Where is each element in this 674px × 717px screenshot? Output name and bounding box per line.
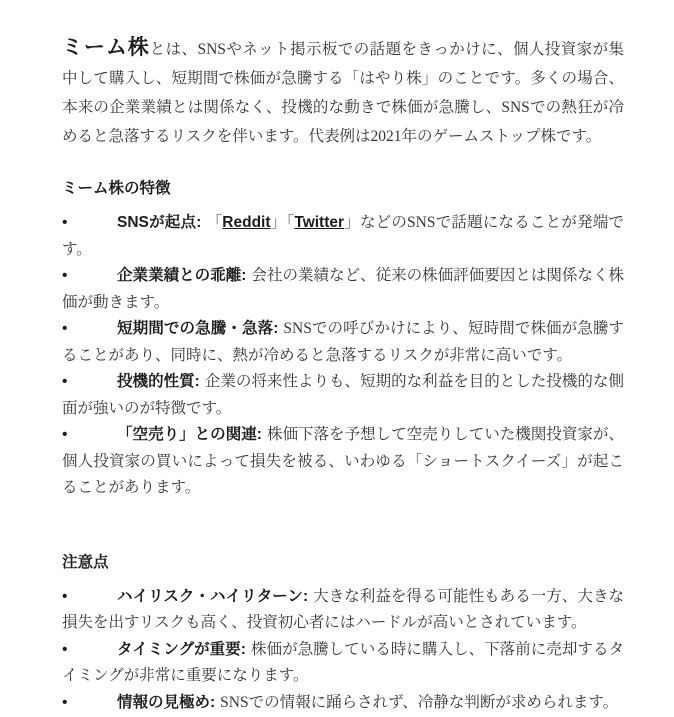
bullet-text: 」「 [271, 214, 295, 231]
bullet-icon: • [62, 637, 117, 664]
bullet-label: 「空売り」との関連: [117, 426, 262, 443]
list-item: •タイミングが重要:株価が急騰している時に購入し、下落前に売却するタイミングが非… [62, 637, 624, 690]
section-heading-features: ミーム株の特徴 [62, 178, 624, 200]
features-list: •SNSが起点:「Reddit」「Twitter」などのSNSで話題になることが… [62, 210, 624, 502]
bullet-text: 「 [206, 214, 222, 231]
bullet-icon: • [62, 316, 117, 343]
bullet-label: タイミングが重要: [117, 641, 246, 658]
list-item: •ハイリスク・ハイリターン:大きな利益を得る可能性もある一方、大きな損失を出すリ… [62, 584, 624, 637]
bullet-label: 企業業績との乖離: [117, 267, 246, 284]
reddit-link[interactable]: Reddit [222, 214, 270, 231]
bullet-label: SNSが起点: [117, 214, 201, 231]
list-item: •企業業績との乖離:会社の業績など、従来の株価評価要因とは関係なく株価が動きます… [62, 263, 624, 316]
bullet-icon: • [62, 690, 117, 717]
bullet-text: SNSでの情報に踊らされず、冷静な判断が求められます。 [220, 694, 618, 711]
twitter-link[interactable]: Twitter [294, 214, 344, 231]
bullet-icon: • [62, 369, 117, 396]
list-item: •SNSが起点:「Reddit」「Twitter」などのSNSで話題になることが… [62, 210, 624, 263]
list-item: •短期間での急騰・急落:SNSでの呼びかけにより、短時間で株価が急騰することがあ… [62, 316, 624, 369]
document-page: ミーム株とは、SNSやネット掲示板での話題をきっかけに、個人投資家が集中して購入… [0, 0, 674, 717]
cautions-list: •ハイリスク・ハイリターン:大きな利益を得る可能性もある一方、大きな損失を出すリ… [62, 584, 624, 717]
list-item: •「空売り」との関連:株価下落を予想して空売りしていた機関投資家が、個人投資家の… [62, 422, 624, 502]
bullet-label: 投機的性質: [117, 373, 200, 390]
document-title: ミーム株 [62, 36, 150, 59]
list-item: •情報の見極め:SNSでの情報に踊らされず、冷静な判断が求められます。 [62, 690, 624, 717]
bullet-label: 短期間での急騰・急落: [117, 320, 278, 337]
bullet-icon: • [62, 210, 117, 237]
bullet-label: ハイリスク・ハイリターン: [117, 588, 308, 605]
bullet-icon: • [62, 584, 117, 611]
list-item: •投機的性質:企業の将来性よりも、短期的な利益を目的とした投機的な側面が強いのが… [62, 369, 624, 422]
bullet-icon: • [62, 263, 117, 290]
bullet-icon: • [62, 422, 117, 449]
intro-paragraph: ミーム株とは、SNSやネット掲示板での話題をきっかけに、個人投資家が集中して購入… [62, 33, 624, 151]
section-heading-cautions: 注意点 [62, 552, 624, 574]
bullet-label: 情報の見極め: [117, 694, 215, 711]
